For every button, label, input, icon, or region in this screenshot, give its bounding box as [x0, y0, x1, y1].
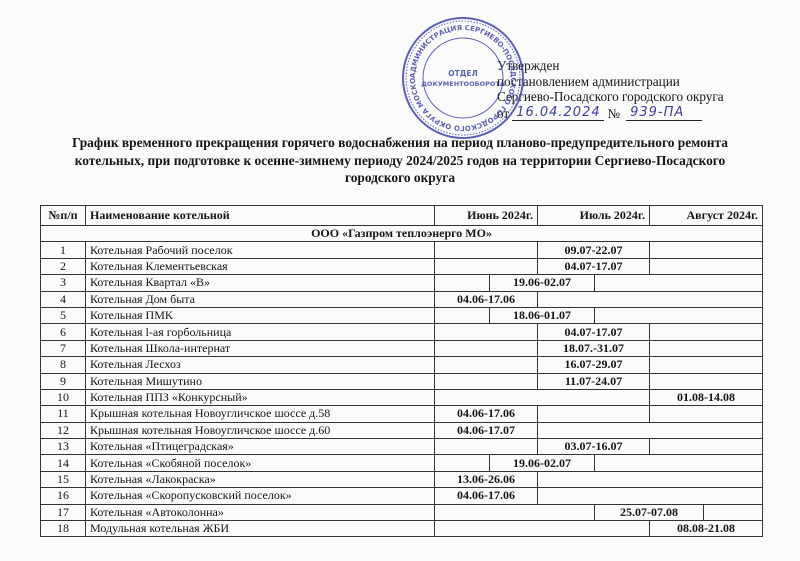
table-row: 7Котельная Школа-интернат18.07.-31.07 — [41, 340, 763, 356]
number-field: 939-ПА — [626, 106, 702, 121]
date-field: 16.04.2024 — [512, 106, 604, 121]
empty-period — [595, 307, 763, 323]
row-number: 2 — [41, 258, 86, 274]
outage-period: 04.07-17.07 — [538, 258, 650, 274]
row-number: 10 — [41, 389, 86, 405]
table-row: 18Модульная котельная ЖБИ08.08-21.08 — [41, 521, 763, 537]
boiler-name: Котельная Мишутино — [86, 373, 435, 389]
outage-period: 18.07.-31.07 — [538, 340, 650, 356]
empty-period — [704, 504, 763, 520]
outage-period: 04.06-17.07 — [435, 422, 538, 438]
table-row: 14Котельная «Скобяной поселок»19.06-02.0… — [41, 455, 763, 471]
schedule-table: №п/п Наименование котельной Июнь 2024г. … — [40, 205, 763, 537]
empty-period — [435, 242, 538, 258]
title-line1: График временного прекращения горячего в… — [60, 134, 740, 152]
empty-period — [435, 340, 538, 356]
date-prefix: от — [497, 106, 509, 121]
empty-period — [650, 324, 763, 340]
boiler-name: Котельная «Скоропусковский поселок» — [86, 488, 435, 504]
outage-period: 01.08-14.08 — [650, 389, 763, 405]
stamp-center-line2: ДОКУМЕНТООБОРОТА — [421, 80, 505, 88]
empty-period — [650, 242, 763, 258]
row-number: 4 — [41, 291, 86, 307]
empty-period — [538, 406, 650, 422]
outage-period: 13.06-26.06 — [435, 471, 538, 487]
empty-period — [650, 357, 763, 373]
table-row: 5Котельная ПМК18.06-01.07 — [41, 307, 763, 323]
row-number: 11 — [41, 406, 86, 422]
table-row: 4Котельная Дом быта04.06-17.06 — [41, 291, 763, 307]
boiler-name: Котельная Дом быта — [86, 291, 435, 307]
boiler-name: Модульная котельная ЖБИ — [86, 521, 435, 537]
company-row: ООО «Газпром теплоэнерго МО» — [41, 226, 763, 242]
boiler-name: Котельная Лесхоз — [86, 357, 435, 373]
outage-period: 04.07-17.07 — [538, 324, 650, 340]
table-row: 2Котельная Клементьевская04.07-17.07 — [41, 258, 763, 274]
empty-period — [538, 488, 763, 504]
row-number: 9 — [41, 373, 86, 389]
outage-period: 19.06-02.07 — [490, 275, 595, 291]
boiler-name: Котельная l-ая горбольница — [86, 324, 435, 340]
empty-period — [650, 373, 763, 389]
approval-line2: постановлением администрации — [497, 74, 724, 90]
boiler-name: Крышная котельная Новоугличское шоссе д.… — [86, 422, 435, 438]
header-num: №п/п — [41, 206, 86, 226]
table-row: 6Котельная l-ая горбольница04.07-17.07 — [41, 324, 763, 340]
outage-period: 09.07-22.07 — [538, 242, 650, 258]
row-number: 12 — [41, 422, 86, 438]
header-row: №п/п Наименование котельной Июнь 2024г. … — [41, 206, 763, 226]
empty-period — [435, 307, 490, 323]
title-line2: котельных, при подготовке к осенне-зимне… — [60, 152, 740, 170]
header-july: Июль 2024г. — [538, 206, 650, 226]
date-value: 16.04.2024 — [516, 105, 600, 121]
document-title: График временного прекращения горячего в… — [60, 134, 740, 187]
empty-period — [538, 291, 763, 307]
empty-period — [435, 389, 650, 405]
outage-period: 18.06-01.07 — [490, 307, 595, 323]
number-prefix: № — [607, 106, 620, 121]
empty-period — [595, 455, 763, 471]
row-number: 3 — [41, 275, 86, 291]
table-row: 3Котельная Квартал «В»19.06-02.07 — [41, 275, 763, 291]
number-value: 939-ПА — [630, 105, 684, 121]
table-row: 17Котельная «Автоколонна»25.07-07.08 — [41, 504, 763, 520]
row-number: 17 — [41, 504, 86, 520]
boiler-name: Котельная Клементьевская — [86, 258, 435, 274]
outage-period: 08.08-21.08 — [650, 521, 763, 537]
approval-line1: Утвержден — [497, 58, 724, 74]
table-row: 13Котельная «Птицеградская»03.07-16.07 — [41, 439, 763, 455]
empty-period — [650, 406, 763, 422]
outage-period: 03.07-16.07 — [538, 439, 650, 455]
boiler-name: Котельная «Лакокраска» — [86, 471, 435, 487]
outage-period: 16.07-29.07 — [538, 357, 650, 373]
row-number: 16 — [41, 488, 86, 504]
approval-line3: Сергиево-Посадского городского округа — [497, 89, 724, 105]
boiler-name: Котельная Квартал «В» — [86, 275, 435, 291]
row-number: 6 — [41, 324, 86, 340]
empty-period — [650, 258, 763, 274]
boiler-name: Котельная «Автоколонна» — [86, 504, 435, 520]
boiler-name: Крышная котельная Новоугличское шоссе д.… — [86, 406, 435, 422]
header-august: Август 2024г. — [650, 206, 763, 226]
row-number: 8 — [41, 357, 86, 373]
table-row: 16Котельная «Скоропусковский поселок»04.… — [41, 488, 763, 504]
header-june: Июнь 2024г. — [435, 206, 538, 226]
approval-date-line: от16.04.2024 №939-ПА — [497, 106, 724, 122]
empty-period — [435, 439, 538, 455]
row-number: 1 — [41, 242, 86, 258]
approval-block: Утвержден постановлением администрации С… — [497, 58, 724, 121]
boiler-name: Котельная Рабочий поселок — [86, 242, 435, 258]
row-number: 7 — [41, 340, 86, 356]
outage-period: 19.06-02.07 — [490, 455, 595, 471]
empty-period — [435, 455, 490, 471]
row-number: 5 — [41, 307, 86, 323]
boiler-name: Котельная ППЗ «Конкурсный» — [86, 389, 435, 405]
empty-period — [435, 324, 538, 340]
company-name: ООО «Газпром теплоэнерго МО» — [41, 226, 763, 242]
empty-period — [538, 422, 763, 438]
empty-period — [435, 504, 595, 520]
row-number: 14 — [41, 455, 86, 471]
header-name: Наименование котельной — [86, 206, 435, 226]
table-row: 1Котельная Рабочий поселок09.07-22.07 — [41, 242, 763, 258]
table-row: 8Котельная Лесхоз16.07-29.07 — [41, 357, 763, 373]
stamp-center-line1: ОТДЕЛ — [448, 69, 478, 78]
row-number: 18 — [41, 521, 86, 537]
table-row: 9Котельная Мишутино11.07-24.07 — [41, 373, 763, 389]
outage-period: 04.06-17.06 — [435, 291, 538, 307]
empty-period — [650, 439, 763, 455]
table-row: 10Котельная ППЗ «Конкурсный»01.08-14.08 — [41, 389, 763, 405]
row-number: 13 — [41, 439, 86, 455]
empty-period — [435, 373, 538, 389]
table-row: 12Крышная котельная Новоугличское шоссе … — [41, 422, 763, 438]
empty-period — [538, 471, 763, 487]
empty-period — [650, 340, 763, 356]
empty-period — [595, 275, 763, 291]
boiler-name: Котельная ПМК — [86, 307, 435, 323]
outage-period: 25.07-07.08 — [595, 504, 704, 520]
title-line3: городского округа — [60, 169, 740, 187]
table-row: 11Крышная котельная Новоугличское шоссе … — [41, 406, 763, 422]
outage-period: 11.07-24.07 — [538, 373, 650, 389]
boiler-name: Котельная Школа-интернат — [86, 340, 435, 356]
table-row: 15Котельная «Лакокраска»13.06-26.06 — [41, 471, 763, 487]
outage-period: 04.06-17.06 — [435, 406, 538, 422]
empty-period — [435, 521, 650, 537]
boiler-name: Котельная «Скобяной поселок» — [86, 455, 435, 471]
outage-period: 04.06-17.06 — [435, 488, 538, 504]
row-number: 15 — [41, 471, 86, 487]
empty-period — [435, 275, 490, 291]
empty-period — [435, 258, 538, 274]
boiler-name: Котельная «Птицеградская» — [86, 439, 435, 455]
empty-period — [435, 357, 538, 373]
